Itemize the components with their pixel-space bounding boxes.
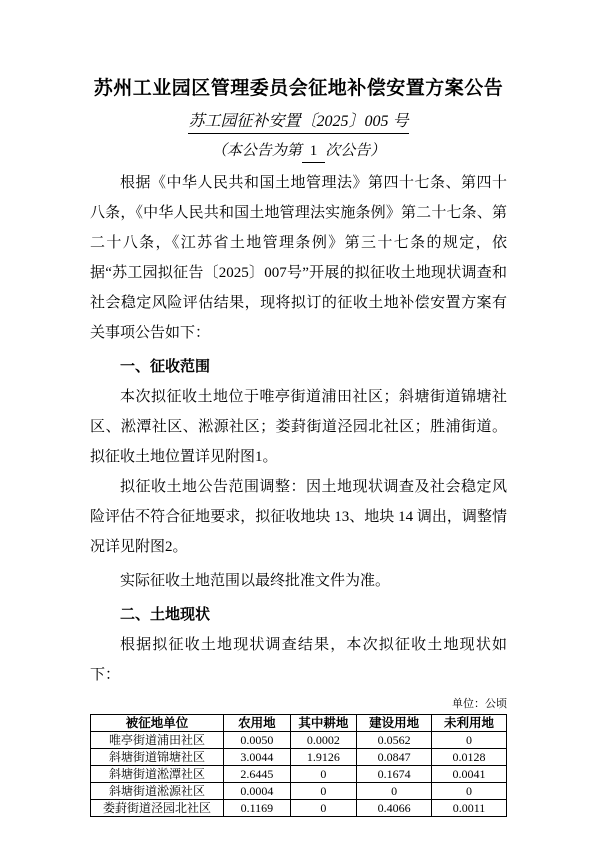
cell-construction: 0.0847 (357, 749, 432, 766)
cell-unused: 0.0011 (432, 800, 507, 817)
table-row: 斜塘街道淞潭社区 2.6445 0 0.1674 0.0041 (91, 766, 507, 783)
cell-cultivated: 1.9126 (290, 749, 357, 766)
paragraph-status-intro: 根据拟征收土地现状调查结果，本次拟征收土地现状如下： (90, 630, 507, 690)
cell-agricultural: 3.0044 (224, 749, 291, 766)
cell-cultivated: 0 (290, 766, 357, 783)
table-row: 娄葑街道泾园北社区 0.1169 0 0.4066 0.0011 (91, 800, 507, 817)
cell-construction: 0.1674 (357, 766, 432, 783)
cell-construction: 0.0562 (357, 732, 432, 749)
land-status-table: 被征地单位 农用地 其中耕地 建设用地 未利用地 唯亭街道浦田社区 0.0050… (90, 714, 507, 817)
doc-number-line: 苏工园征补安置〔2025〕005 号 (90, 111, 507, 134)
header-cell-cultivated: 其中耕地 (290, 715, 357, 732)
header-cell-construction: 建设用地 (357, 715, 432, 732)
announcement-count-line: （本公告为第1次公告） (90, 141, 507, 163)
table-row: 斜塘街道淞源社区 0.0004 0 0 0 (91, 783, 507, 800)
header-cell-unit: 被征地单位 (91, 715, 224, 732)
cell-community: 唯亭街道浦田社区 (91, 732, 224, 749)
table-unit-note: 单位：公顷 (90, 697, 507, 711)
paragraph-scope-adjustment: 拟征收土地公告范围调整：因土地现状调查及社会稳定风险评估不符合征地要求，拟征收地… (90, 472, 507, 562)
cell-community: 斜塘街道淞源社区 (91, 783, 224, 800)
doc-number: 苏工园征补安置〔2025〕005 号 (188, 111, 408, 134)
page-title: 苏州工业园区管理委员会征地补偿安置方案公告 (90, 78, 507, 100)
cell-agricultural: 0.0004 (224, 783, 291, 800)
header-cell-unused: 未利用地 (432, 715, 507, 732)
cell-construction: 0.4066 (357, 800, 432, 817)
cell-cultivated: 0.0002 (290, 732, 357, 749)
announcement-count-prefix: （本公告为第 (212, 143, 302, 159)
cell-community: 斜塘街道锦塘社区 (91, 749, 224, 766)
cell-agricultural: 0.0050 (224, 732, 291, 749)
cell-community: 斜塘街道淞潭社区 (91, 766, 224, 783)
cell-unused: 0 (432, 783, 507, 800)
announcement-count-suffix: 次公告） (325, 143, 385, 159)
cell-unused: 0 (432, 732, 507, 749)
table-header-row: 被征地单位 农用地 其中耕地 建设用地 未利用地 (91, 715, 507, 732)
document-body: 根据《中华人民共和国土地管理法》第四十七条、第四十八条，《中华人民共和国土地管理… (90, 168, 507, 817)
cell-cultivated: 0 (290, 800, 357, 817)
section-heading-land-status: 二、土地现状 (90, 600, 507, 630)
paragraph-scope-final: 实际征收土地范围以最终批准文件为准。 (90, 566, 507, 596)
paragraph-scope-body: 本次拟征收土地位于唯亭街道浦田社区；斜塘街道锦塘社区、淞潭社区、淞源社区；娄葑街… (90, 382, 507, 472)
cell-community: 娄葑街道泾园北社区 (91, 800, 224, 817)
cell-unused: 0.0041 (432, 766, 507, 783)
cell-cultivated: 0 (290, 783, 357, 800)
announcement-count-number: 1 (302, 141, 326, 163)
paragraph-legal-basis: 根据《中华人民共和国土地管理法》第四十七条、第四十八条，《中华人民共和国土地管理… (90, 168, 507, 348)
table-row: 斜塘街道锦塘社区 3.0044 1.9126 0.0847 0.0128 (91, 749, 507, 766)
cell-unused: 0.0128 (432, 749, 507, 766)
document-page: 苏州工业园区管理委员会征地补偿安置方案公告 苏工园征补安置〔2025〕005 号… (0, 0, 595, 841)
header-cell-agricultural: 农用地 (224, 715, 291, 732)
cell-agricultural: 2.6445 (224, 766, 291, 783)
cell-construction: 0 (357, 783, 432, 800)
section-heading-scope: 一、征收范围 (90, 352, 507, 382)
table-row: 唯亭街道浦田社区 0.0050 0.0002 0.0562 0 (91, 732, 507, 749)
cell-agricultural: 0.1169 (224, 800, 291, 817)
